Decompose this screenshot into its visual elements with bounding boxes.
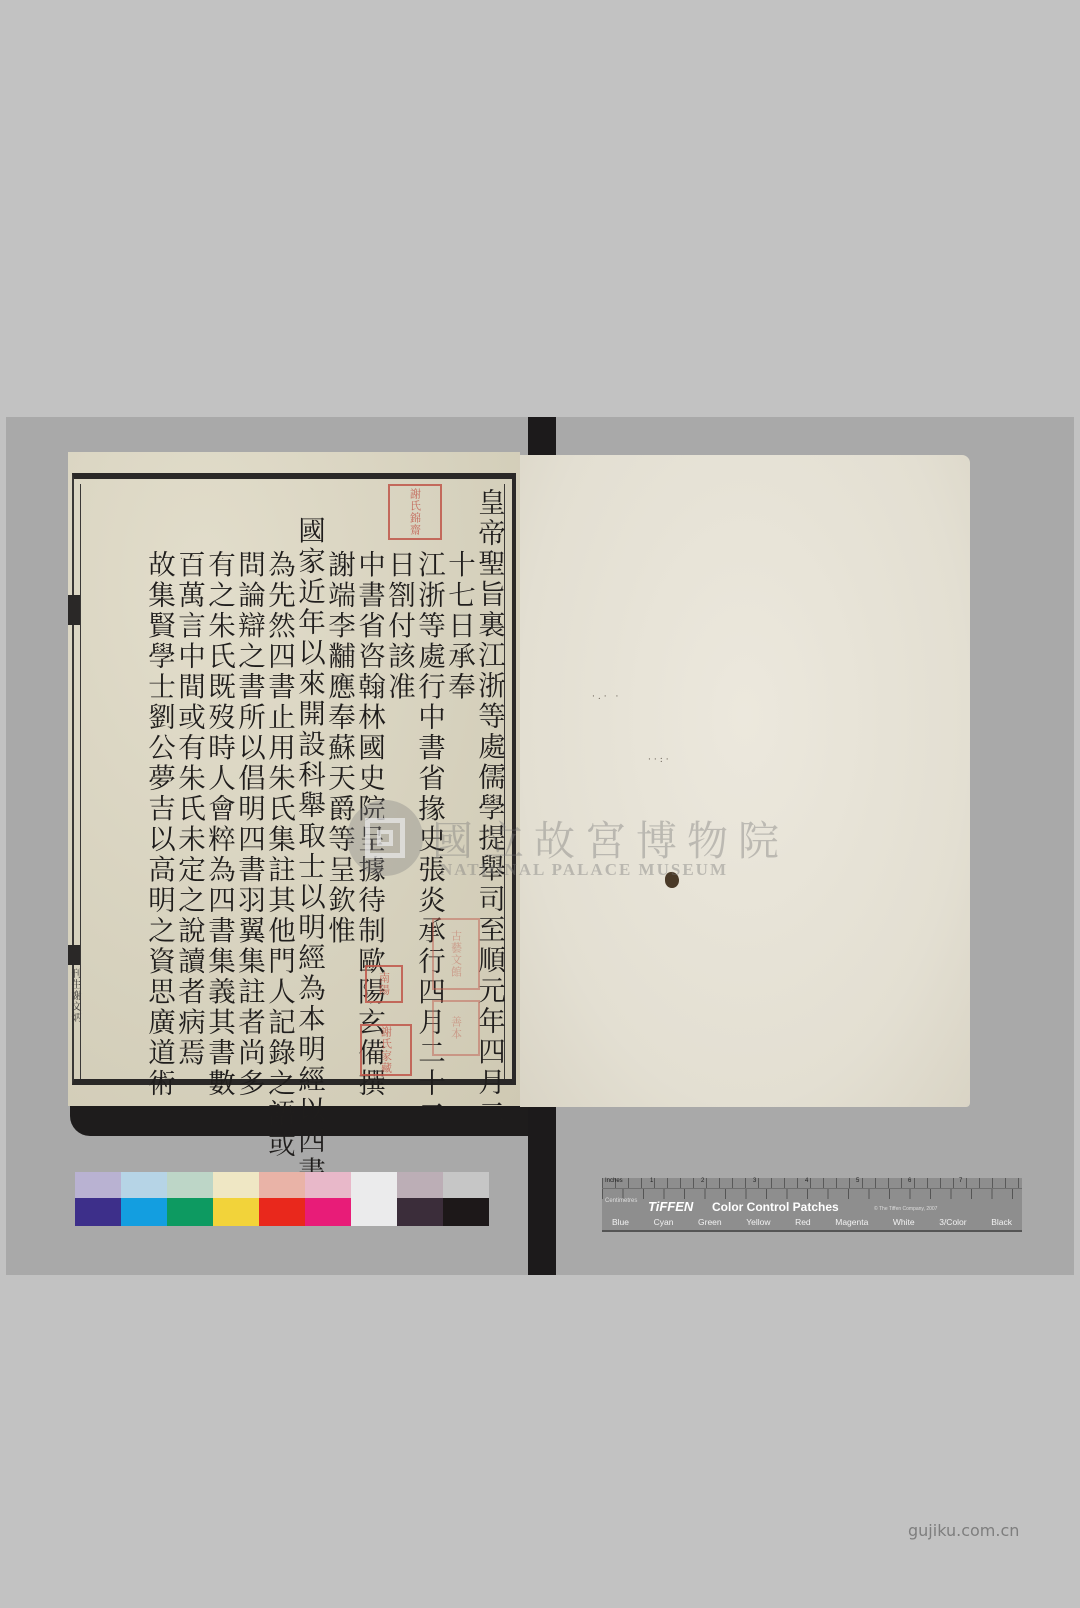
- collector-seal: 謝氏錦齋: [388, 484, 442, 540]
- site-watermark: gujiku.com.cn: [908, 1521, 1019, 1540]
- text-column: 有之朱氏既歿時人會粹為四書集義其書數: [204, 550, 234, 1099]
- patch-black: [443, 1198, 489, 1226]
- museum-logo-icon: [347, 800, 423, 876]
- tiffen-logo: TiFFEN: [648, 1199, 693, 1214]
- collector-seal: 南陽: [365, 965, 403, 1003]
- patch-cyan: [121, 1198, 167, 1226]
- text-column: 日劄付該准: [384, 550, 414, 703]
- patch-blue-light: [75, 1172, 121, 1198]
- patch-yellow: [213, 1198, 259, 1226]
- museum-watermark-english: NATIONAL PALACE MUSEUM: [440, 860, 728, 880]
- inch-tick: 4: [805, 1178, 808, 1184]
- patch-magenta-light: [305, 1172, 351, 1198]
- centimetre-scale: [602, 1189, 1022, 1199]
- patch-name: Cyan: [654, 1217, 674, 1227]
- patch-name: White: [893, 1217, 915, 1227]
- color-patch-chart: [75, 1172, 489, 1226]
- patch-3color-light: [397, 1172, 443, 1198]
- inch-tick: 5: [856, 1178, 859, 1184]
- patch-name: Magenta: [835, 1217, 868, 1227]
- text-column: 問論辯之書所以倡明四書羽翼集註者尚多: [234, 550, 264, 1099]
- patch-yellow-light: [213, 1172, 259, 1198]
- paper-specks: ··:·: [648, 755, 672, 765]
- patch-white: [351, 1172, 397, 1198]
- patch-green: [167, 1198, 213, 1226]
- patch-white-lower: [351, 1198, 397, 1226]
- patch-name: Green: [698, 1217, 722, 1227]
- paper-specks: . ·· ·:.: [180, 552, 227, 562]
- inch-tick: 1: [650, 1178, 653, 1184]
- patch-red: [259, 1198, 305, 1226]
- collector-seal: 謝氏家藏: [360, 1024, 412, 1076]
- inch-tick: 2: [701, 1178, 704, 1184]
- patch-name: Blue: [612, 1217, 629, 1227]
- ruler-copyright: © The Tiffen Company, 2007: [874, 1206, 937, 1212]
- centimetres-label: Centimetres: [605, 1198, 637, 1204]
- text-column: 十七日承奉: [444, 550, 474, 703]
- patch-blue: [75, 1198, 121, 1226]
- text-column: 謝端李黼應奉蘇天爵等呈欽惟: [324, 550, 354, 947]
- patch-name: Red: [795, 1217, 811, 1227]
- paper-specks: ·.· ·: [592, 692, 621, 702]
- patch-magenta: [305, 1198, 351, 1226]
- right-page-blank: [520, 455, 970, 1107]
- collector-seal: 善本: [432, 1000, 480, 1056]
- patch-green-light: [167, 1172, 213, 1198]
- inch-tick: 6: [908, 1178, 911, 1184]
- ruler-title: Color Control Patches: [712, 1200, 839, 1214]
- inches-label: Inches: [605, 1178, 623, 1184]
- museum-watermark-chinese: 國立故宮博物院: [432, 808, 789, 867]
- collector-seal: 古藝文館: [432, 918, 480, 990]
- text-column: 國家近年以來開設科舉取士以明經為本明經以四書: [294, 516, 324, 1187]
- patch-name: 3/Color: [939, 1217, 966, 1227]
- patch-red-light: [259, 1172, 305, 1198]
- inch-tick: 3: [753, 1178, 756, 1184]
- inch-tick: 7: [959, 1178, 962, 1184]
- tiffen-ruler: Inches 1 2 3 4 5 6 7 Centimetres TiFFEN …: [602, 1178, 1022, 1232]
- text-column: 故集賢學士劉公夢吉以高明之資思廣道術: [144, 550, 174, 1099]
- patch-3color: [397, 1198, 443, 1226]
- patch-cyan-light: [121, 1172, 167, 1198]
- patch-name: Black: [991, 1217, 1012, 1227]
- text-column: 百萬言中間或有朱氏未定之說讀者病焉: [174, 550, 204, 1069]
- patch-name-row: Blue Cyan Green Yellow Red Magenta White…: [602, 1217, 1022, 1227]
- patch-name: Yellow: [746, 1217, 770, 1227]
- patch-black-light: [443, 1172, 489, 1198]
- text-column: 為先然四書止用朱氏集註其他門人記錄之語或: [264, 550, 294, 1160]
